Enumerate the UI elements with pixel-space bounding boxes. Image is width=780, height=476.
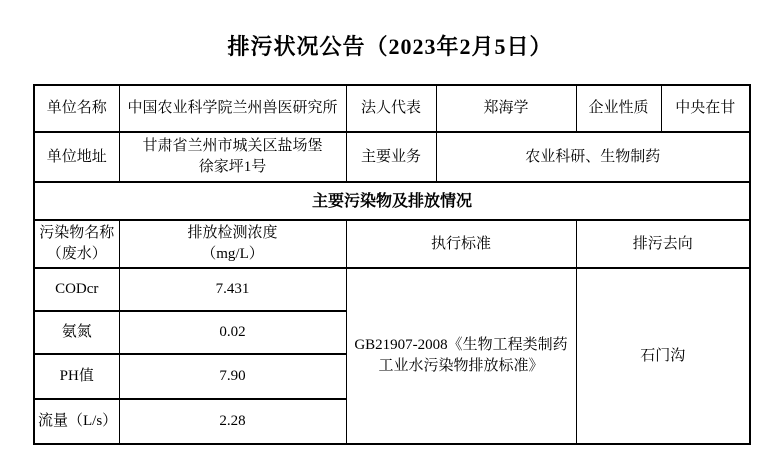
table-row: 单位地址 甘肃省兰州市城关区盐场堡 徐家坪1号 主要业务 农业科研、生物制药 <box>34 132 750 182</box>
announcement-page: 排污状况公告（2023年2月5日） 单位名称 中国农业科学院兰州兽医研究所 法人… <box>0 0 780 476</box>
table-row: 单位名称 中国农业科学院兰州兽医研究所 法人代表 郑海学 企业性质 中央在甘 <box>34 85 750 132</box>
table-row: 主要污染物及排放情况 <box>34 182 750 220</box>
concentration-header-line2: （mg/L） <box>201 246 264 262</box>
main-business-value-cell: 农业科研、生物制药 <box>436 132 750 182</box>
standard-value-cell: GB21907-2008《生物工程类制药 工业水污染物排放标准》 <box>346 268 576 444</box>
legal-rep-value-cell: 郑海学 <box>436 85 576 132</box>
pollution-section-title-cell: 主要污染物及排放情况 <box>34 182 750 220</box>
destination-header-cell: 排污去向 <box>576 220 750 268</box>
unit-address-label-cell: 单位地址 <box>34 132 119 182</box>
pollutant-name-header-cell: 污染物名称 （废水） <box>34 220 119 268</box>
pollutant-name-header-line2: （废水） <box>47 246 107 262</box>
standard-header-cell: 执行标准 <box>346 220 576 268</box>
table-row: 污染物名称 （废水） 排放检测浓度 （mg/L） 执行标准 排污去向 <box>34 220 750 268</box>
enterprise-type-value-cell: 中央在甘 <box>661 85 750 132</box>
pollutant-value-cell: 0.02 <box>119 311 346 354</box>
concentration-header-cell: 排放检测浓度 （mg/L） <box>119 220 346 268</box>
unit-address-line1: 甘肃省兰州市城关区盐场堡 <box>142 138 322 154</box>
concentration-header-line1: 排放检测浓度 <box>187 225 277 241</box>
pollutant-value-cell: 2.28 <box>119 399 346 444</box>
standard-line2: 工业水污染物排放标准》 <box>378 358 543 374</box>
unit-address-line2: 徐家坪1号 <box>199 159 267 175</box>
unit-name-value-cell: 中国农业科学院兰州兽医研究所 <box>119 85 346 132</box>
pollutant-value-cell: 7.431 <box>119 268 346 311</box>
pollutant-name-cell: CODcr <box>34 268 119 311</box>
standard-line1: GB21907-2008《生物工程类制药 <box>354 337 567 353</box>
announcement-table: 单位名称 中国农业科学院兰州兽医研究所 法人代表 郑海学 企业性质 中央在甘 单… <box>33 84 751 445</box>
page-title: 排污状况公告（2023年2月5日） <box>0 30 780 61</box>
main-business-label-cell: 主要业务 <box>346 132 436 182</box>
unit-name-label-cell: 单位名称 <box>34 85 119 132</box>
enterprise-type-label-cell: 企业性质 <box>576 85 661 132</box>
table-row: CODcr 7.431 GB21907-2008《生物工程类制药 工业水污染物排… <box>34 268 750 311</box>
pollutant-name-cell: 流量（L/s） <box>34 399 119 444</box>
pollutant-name-cell: PH值 <box>34 354 119 399</box>
destination-value-cell: 石门沟 <box>576 268 750 444</box>
unit-address-value-cell: 甘肃省兰州市城关区盐场堡 徐家坪1号 <box>119 132 346 182</box>
pollutant-name-cell: 氨氮 <box>34 311 119 354</box>
pollutant-value-cell: 7.90 <box>119 354 346 399</box>
legal-rep-label-cell: 法人代表 <box>346 85 436 132</box>
pollutant-name-header-line1: 污染物名称 <box>39 225 114 241</box>
